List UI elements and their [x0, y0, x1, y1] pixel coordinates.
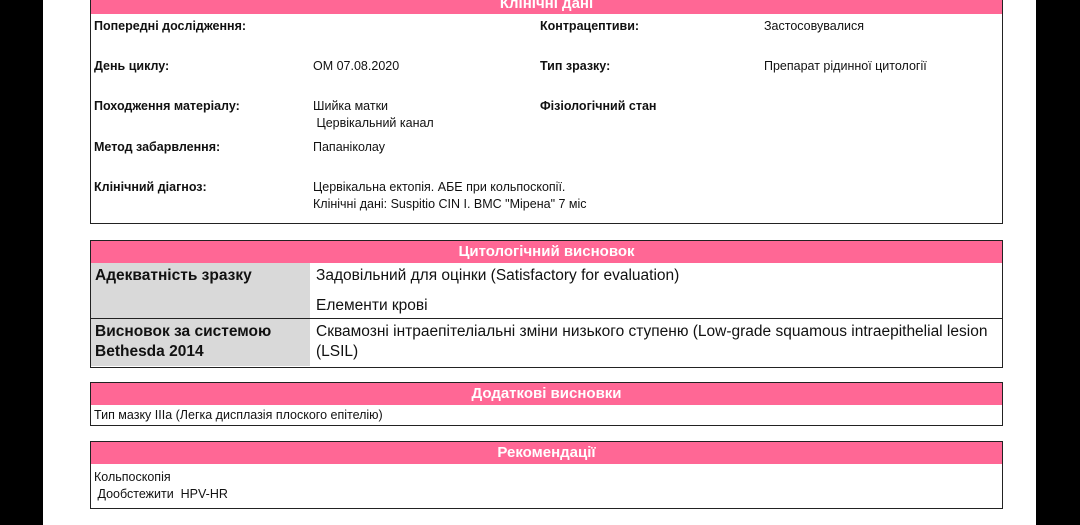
clinical-data-section: Клінічні дані Попередні дослідження: Ден…	[90, 0, 1003, 224]
report-page: Клінічні дані Попередні дослідження: Ден…	[43, 0, 1036, 525]
recommendations-section: Рекомендації Кольпоскопія Дообстежити HP…	[90, 441, 1003, 509]
clinical-diagnosis-label: Клінічний діагноз:	[94, 180, 207, 194]
additional-conclusions-section: Додаткові висновки Тип мазку IIIa (Легка…	[90, 382, 1003, 426]
contraceptives-label: Контрацептиви:	[540, 19, 639, 33]
cytology-conclusion-section: Цитологічний висновок Адекватність зразк…	[90, 240, 1003, 368]
sample-type-label: Тип зразку:	[540, 59, 610, 73]
bethesda-label: Висновок за системою Bethesda 2014	[91, 319, 310, 366]
cycle-day-label: День циклу:	[94, 59, 169, 73]
clinical-data-header: Клінічні дані	[91, 0, 1002, 14]
additional-header: Додаткові висновки	[91, 383, 1002, 405]
recommendations-text: Кольпоскопія Дообстежити HPV-HR	[91, 464, 1002, 505]
material-origin-label: Походження матеріалу:	[94, 99, 240, 113]
recommendations-header: Рекомендації	[91, 442, 1002, 464]
material-origin-value: Шийка матки Цервікальний канал	[313, 98, 434, 132]
staining-method-label: Метод забарвлення:	[94, 140, 220, 154]
bethesda-row: Висновок за системою Bethesda 2014 Сквам…	[91, 319, 1002, 366]
clinical-diagnosis-value: Цервікальна ектопія. АБЕ при кольпоскопі…	[313, 179, 587, 213]
additional-text: Тип мазку IIIa (Легка дисплазія плоского…	[91, 405, 1002, 426]
cytology-header: Цитологічний висновок	[91, 241, 1002, 263]
physiological-state-label: Фізіологічний стан	[540, 99, 656, 113]
cycle-day-value: ОМ 07.08.2020	[313, 58, 399, 75]
contraceptives-value: Застосовувалися	[764, 18, 864, 35]
sample-type-value: Препарат рідинної цитології	[764, 58, 927, 75]
adequacy-value: Задовільний для оцінки (Satisfactory for…	[312, 263, 1002, 318]
previous-studies-label: Попередні дослідження:	[94, 19, 246, 33]
adequacy-label: Адекватність зразку	[91, 263, 310, 318]
bethesda-value: Сквамозні інтраепітеліальні зміни низько…	[312, 319, 1002, 366]
staining-method-value: Папаніколау	[313, 139, 385, 156]
adequacy-row: Адекватність зразку Задовільний для оцін…	[91, 263, 1002, 318]
